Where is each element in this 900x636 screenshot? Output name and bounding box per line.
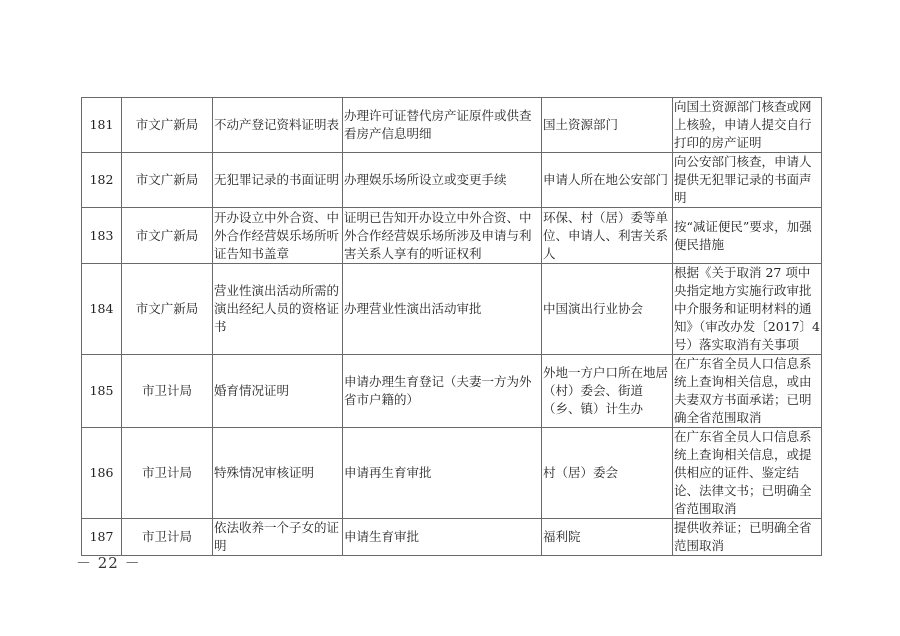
table-row: 186 市卫计局 特殊情况审核证明 申请再生育审批 村（居）委会 在广东省全员人…: [82, 428, 822, 519]
department: 市卫计局: [122, 519, 213, 556]
purpose: 办理娱乐场所设立或变更手续: [343, 153, 542, 208]
purpose: 证明已告知开办设立中外合资、中外合作经营娱乐场所涉及申请与利害关系人享有的听证权…: [343, 208, 542, 264]
handling-method: 按“减证便民”要求，加强便民措施: [673, 208, 822, 264]
department: 市文广新局: [122, 98, 213, 153]
issuing-authority: 环保、村（居）委等单位、申请人、利害关系人: [542, 208, 673, 264]
certificate-name: 不动产登记资料证明表: [213, 98, 343, 153]
page-number: － 22 －: [76, 552, 141, 573]
certificate-name: 依法收养一个子女的证明: [213, 519, 343, 556]
table-row: 185 市卫计局 婚育情况证明 申请办理生育登记（夫妻一方为外省市户籍的） 外地…: [82, 355, 822, 428]
table-row: 182 市文广新局 无犯罪记录的书面证明 办理娱乐场所设立或变更手续 申请人所在…: [82, 153, 822, 208]
certificate-name: 开办设立中外合资、中外合作经营娱乐场所听证告知书盖章: [213, 208, 343, 264]
table-row: 181 市文广新局 不动产登记资料证明表 办理许可证替代房产证原件或供查看房产信…: [82, 98, 822, 153]
row-number: 186: [82, 428, 122, 519]
issuing-authority: 国土资源部门: [542, 98, 673, 153]
certificate-table: 181 市文广新局 不动产登记资料证明表 办理许可证替代房产证原件或供查看房产信…: [81, 97, 822, 556]
handling-method: 根据《关于取消 27 项中央指定地方实施行政审批中介服务和证明材料的通知》（审改…: [673, 264, 822, 355]
handling-method: 在广东省全员人口信息系统上查询相关信息，或由夫妻双方书面承诺；已明确全省范围取消: [673, 355, 822, 428]
issuing-authority: 申请人所在地公安部门: [542, 153, 673, 208]
issuing-authority: 外地一方户口所在地居（村）委会、街道（乡、镇）计生办: [542, 355, 673, 428]
certificate-name: 营业性演出活动所需的演出经纪人员的资格证书: [213, 264, 343, 355]
row-number: 181: [82, 98, 122, 153]
purpose: 申请办理生育登记（夫妻一方为外省市户籍的）: [343, 355, 542, 428]
table-row: 187 市卫计局 依法收养一个子女的证明 申请生育审批 福利院 提供收养证；已明…: [82, 519, 822, 556]
issuing-authority: 中国演出行业协会: [542, 264, 673, 355]
department: 市卫计局: [122, 428, 213, 519]
purpose: 办理许可证替代房产证原件或供查看房产信息明细: [343, 98, 542, 153]
department: 市文广新局: [122, 153, 213, 208]
handling-method: 向公安部门核查，申请人提供无犯罪记录的书面声明: [673, 153, 822, 208]
purpose: 申请生育审批: [343, 519, 542, 556]
certificate-name: 特殊情况审核证明: [213, 428, 343, 519]
row-number: 185: [82, 355, 122, 428]
handling-method: 向国土资源部门核查或网上核验，申请人提交自行打印的房产证明: [673, 98, 822, 153]
department: 市文广新局: [122, 264, 213, 355]
certificate-name: 婚育情况证明: [213, 355, 343, 428]
certificate-name: 无犯罪记录的书面证明: [213, 153, 343, 208]
department: 市文广新局: [122, 208, 213, 264]
row-number: 187: [82, 519, 122, 556]
row-number: 182: [82, 153, 122, 208]
purpose: 申请再生育审批: [343, 428, 542, 519]
handling-method: 提供收养证；已明确全省范围取消: [673, 519, 822, 556]
issuing-authority: 村（居）委会: [542, 428, 673, 519]
issuing-authority: 福利院: [542, 519, 673, 556]
row-number: 184: [82, 264, 122, 355]
department: 市卫计局: [122, 355, 213, 428]
table-row: 183 市文广新局 开办设立中外合资、中外合作经营娱乐场所听证告知书盖章 证明已…: [82, 208, 822, 264]
table-row: 184 市文广新局 营业性演出活动所需的演出经纪人员的资格证书 办理营业性演出活…: [82, 264, 822, 355]
row-number: 183: [82, 208, 122, 264]
purpose: 办理营业性演出活动审批: [343, 264, 542, 355]
handling-method: 在广东省全员人口信息系统上查询相关信息，或提供相应的证件、鉴定结论、法律文书；已…: [673, 428, 822, 519]
